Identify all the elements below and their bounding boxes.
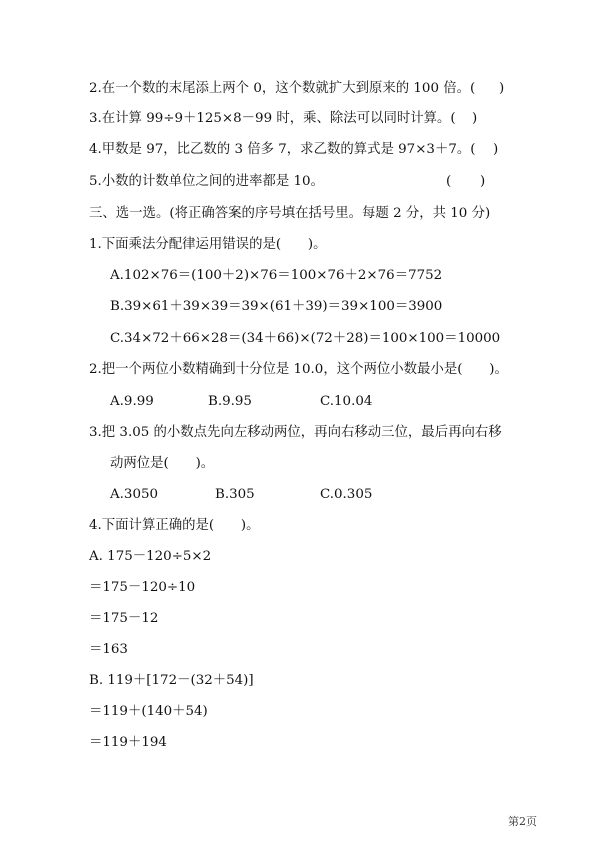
judge-item-4-text: 4.甲数是 97，比乙数的 3 倍多 7，求乙数的算式是 97×3＋7。( — [89, 141, 475, 159]
question-stem: 2.把一个两位小数精确到十分位是 10.0，这个两位小数最小是( )。 — [89, 361, 508, 379]
answer-paren-open: ( — [446, 173, 451, 191]
work-line: ＝175－120÷10 — [89, 579, 195, 597]
work-line: B. 119＋[172－(32＋54)] — [89, 672, 254, 690]
page-number: 第2页 — [508, 813, 537, 829]
answer-paren-close: ) — [480, 173, 485, 191]
question-stem: 3.把 3.05 的小数点先向左移动两位，再向右移动三位，最后再向右移 — [89, 424, 502, 442]
work-line: ＝163 — [89, 641, 128, 659]
option-c: C.0.305 — [320, 486, 372, 504]
option-c: C.10.04 — [320, 393, 372, 411]
option-c: C.34×72＋66×28＝(34＋66)×(72＋28)＝100×100＝10… — [110, 330, 500, 348]
judge-item-5-text: 5.小数的计数单位之间的进率都是 10。 — [89, 173, 324, 191]
judge-item-3-text: 3.在计算 99÷9＋125×8－99 时，乘、除法可以同时计算。( — [89, 110, 456, 128]
option-b: B.9.95 — [208, 393, 252, 411]
answer-paren-close: ) — [499, 80, 504, 98]
option-a: A.9.99 — [110, 393, 154, 411]
question-stem: 4.下面计算正确的是( )。 — [89, 517, 260, 535]
section-heading: 三、选一选。(将正确答案的序号填在括号里。每题 2 分，共 10 分) — [89, 205, 490, 223]
option-a: A.3050 — [110, 486, 158, 504]
question-stem: 1.下面乘法分配律运用错误的是( )。 — [89, 236, 326, 254]
answer-paren-close: ) — [493, 141, 498, 159]
option-b: B.39×61＋39×39＝39×(61＋39)＝39×100＝3900 — [110, 298, 442, 316]
work-line: ＝119＋194 — [89, 734, 167, 752]
work-line: ＝175－12 — [89, 610, 158, 628]
option-b: B.305 — [215, 486, 255, 504]
work-line: ＝119＋(140＋54) — [89, 703, 208, 721]
answer-paren-close: ) — [472, 110, 477, 128]
judge-item-2-text: 2.在一个数的末尾添上两个 0，这个数就扩大到原来的 100 倍。( — [89, 80, 475, 98]
option-a: A.102×76＝(100＋2)×76＝100×76＋2×76＝7752 — [110, 267, 442, 285]
question-stem-continued: 动两位是( )。 — [110, 455, 214, 473]
work-line: A. 175－120÷5×2 — [89, 548, 211, 566]
